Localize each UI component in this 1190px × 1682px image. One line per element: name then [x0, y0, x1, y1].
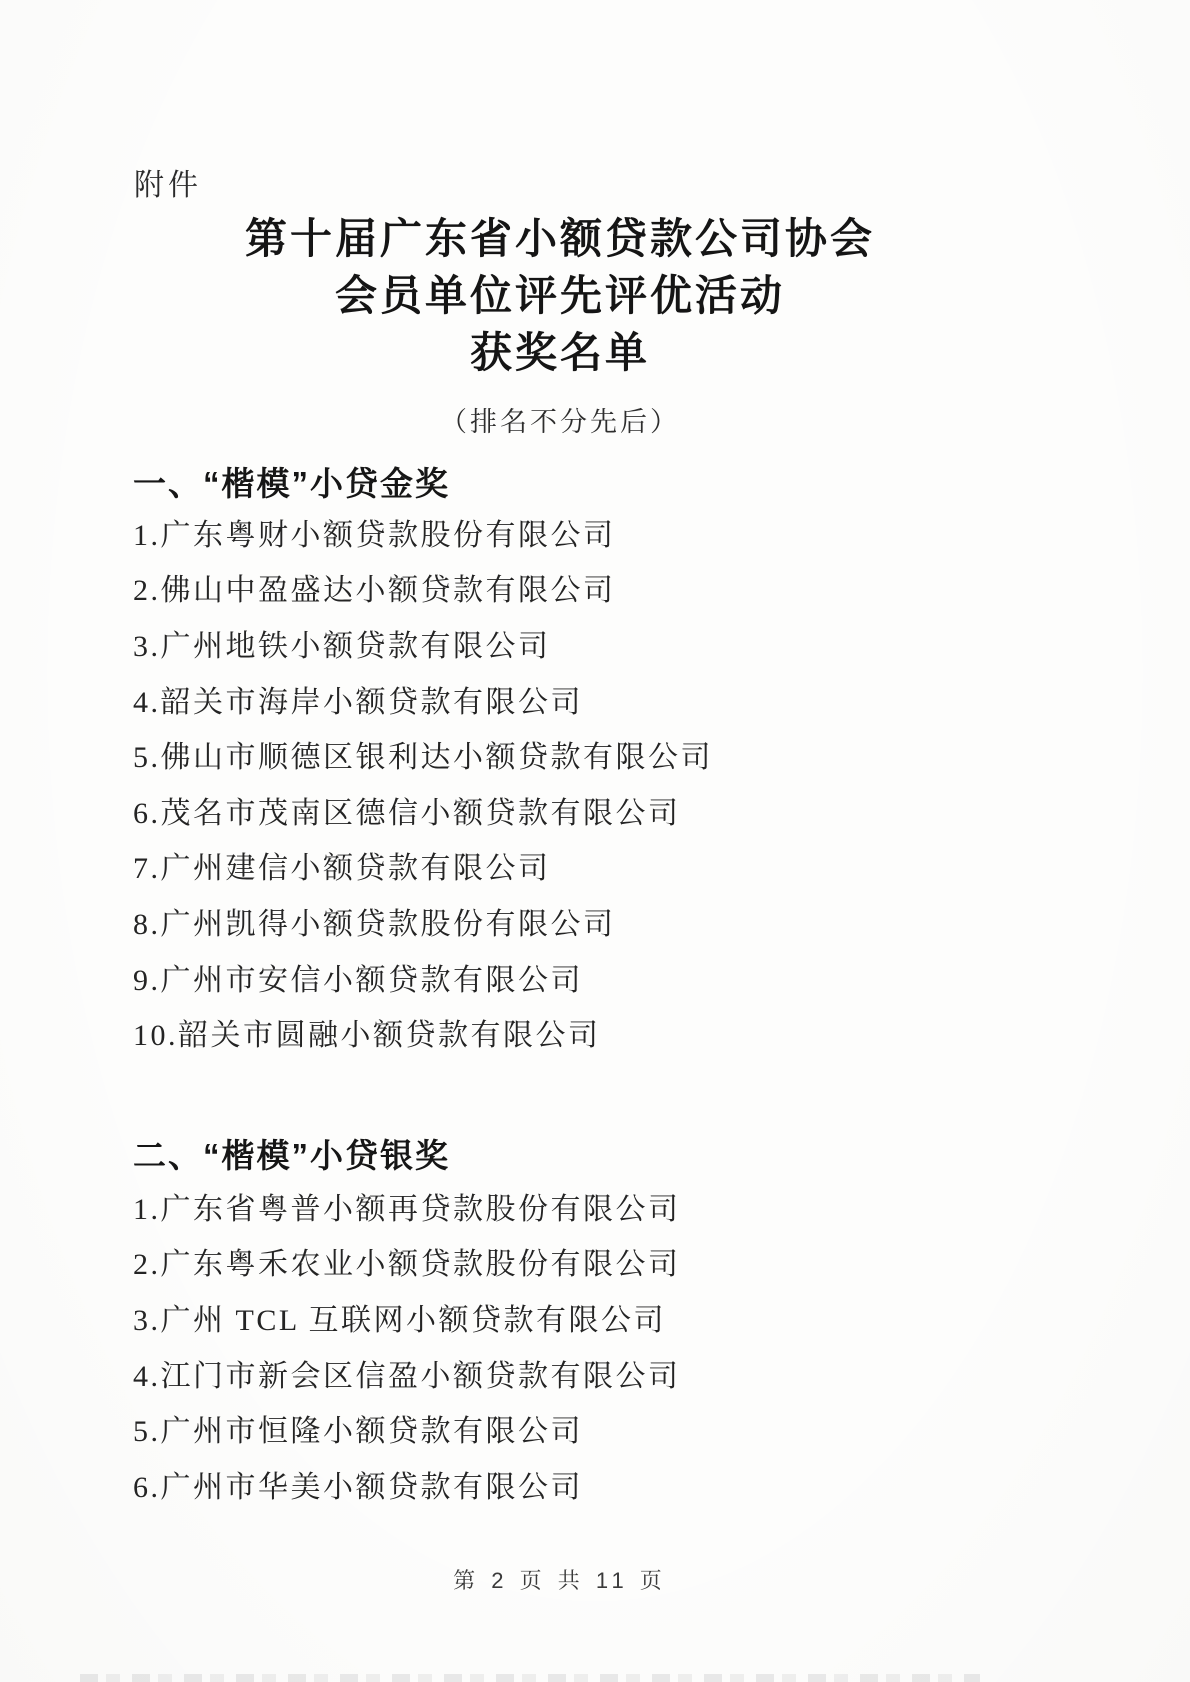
- list-item: 1.广东粤财小额贷款股份有限公司: [133, 504, 1130, 560]
- list-item: 4.江门市新会区信盈小额贷款有限公司: [133, 1345, 1130, 1401]
- list-item: 6.茂名市茂南区德信小额贷款有限公司: [133, 782, 1130, 838]
- list-item: 2.佛山中盈盛达小额贷款有限公司: [133, 560, 1130, 616]
- document-page: 附件 第十届广东省小额贷款公司协会 会员单位评先评优活动 获奖名单 （排名不分先…: [0, 0, 1190, 1682]
- list-item: 9.广州市安信小额贷款有限公司: [133, 949, 1130, 1005]
- gold-award-list: 1.广东粤财小额贷款股份有限公司 2.佛山中盈盛达小额贷款有限公司 3.广州地铁…: [133, 504, 1130, 1060]
- ranking-note: （排名不分先后）: [0, 400, 1120, 439]
- list-item: 10.韶关市圆融小额贷款有限公司: [133, 1004, 1130, 1060]
- list-item: 6.广州市华美小额贷款有限公司: [133, 1456, 1130, 1512]
- list-item: 5.佛山市顺德区银利达小额贷款有限公司: [133, 726, 1130, 782]
- section-heading-silver-award: 二、“楷模”小贷银奖: [133, 1130, 450, 1177]
- silver-award-list: 1.广东省粤普小额再贷款股份有限公司 2.广东粤禾农业小额贷款股份有限公司 3.…: [133, 1178, 1130, 1512]
- list-item: 4.韶关市海岸小额贷款有限公司: [133, 671, 1130, 727]
- list-item: 3.广州 TCL 互联网小额贷款有限公司: [133, 1289, 1130, 1345]
- list-item: 8.广州凯得小额贷款股份有限公司: [133, 893, 1130, 949]
- next-page-bleed-line: [80, 1674, 980, 1682]
- list-item: 5.广州市恒隆小额贷款有限公司: [133, 1400, 1130, 1456]
- title-line-1: 第十届广东省小额贷款公司协会: [0, 212, 1120, 269]
- list-item: 3.广州地铁小额贷款有限公司: [133, 615, 1130, 671]
- attachment-label: 附件: [134, 160, 202, 204]
- page-number: 第 2 页 共 11 页: [0, 1564, 1120, 1595]
- document-title: 第十届广东省小额贷款公司协会 会员单位评先评优活动 获奖名单: [0, 212, 1120, 383]
- title-line-3: 获奖名单: [0, 326, 1120, 383]
- section-heading-gold-award: 一、“楷模”小贷金奖: [133, 458, 450, 505]
- title-line-2: 会员单位评先评优活动: [0, 269, 1120, 326]
- list-item: 2.广东粤禾农业小额贷款股份有限公司: [133, 1234, 1130, 1290]
- list-item: 1.广东省粤普小额再贷款股份有限公司: [133, 1178, 1130, 1234]
- list-item: 7.广州建信小额贷款有限公司: [133, 838, 1130, 894]
